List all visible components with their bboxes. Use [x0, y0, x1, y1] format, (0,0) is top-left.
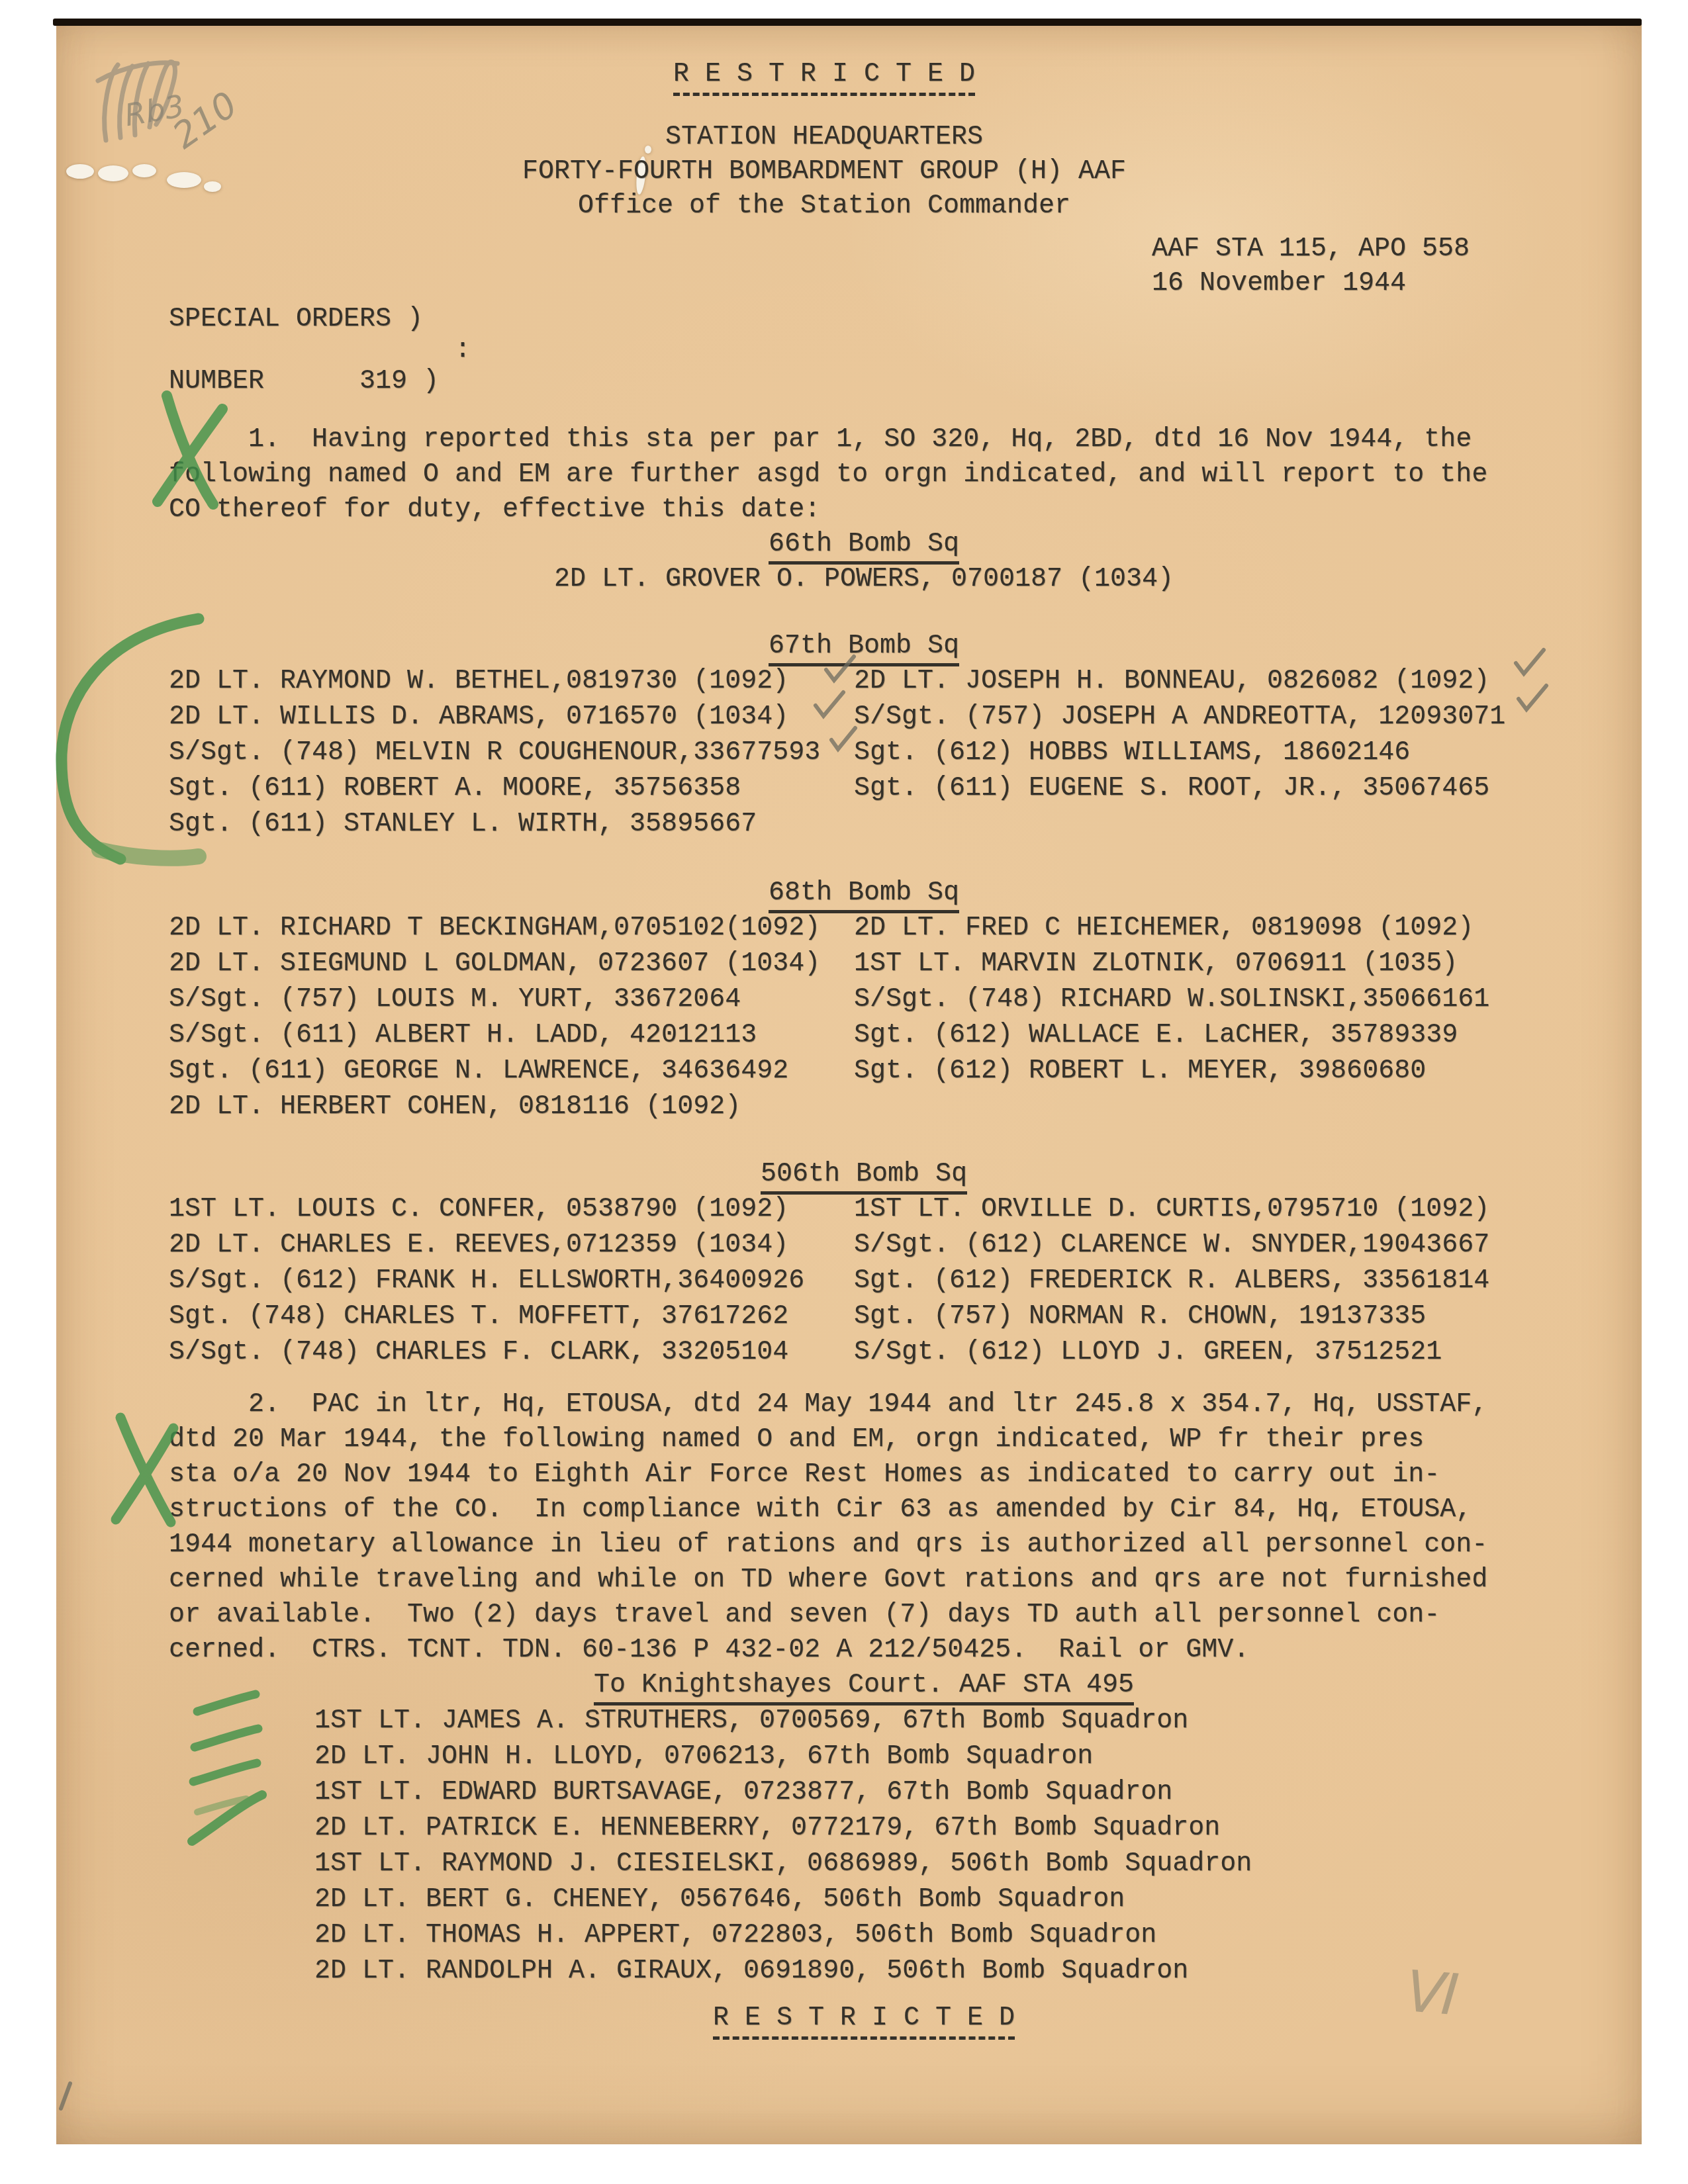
roster-row: 2D LT. SIEGMUND L GOLDMAN, 0723607 (1034…	[169, 948, 1458, 981]
roster-entry: 2D LT. JOSEPH H. BONNEAU, 0826082 (1092)	[854, 666, 1489, 696]
roster-entry: S/Sgt. (748) MELVIN R COUGHENOUR,3367759…	[169, 737, 854, 770]
roster-row: S/Sgt. (748) MELVIN R COUGHENOUR,3367759…	[169, 737, 1410, 770]
rest-home-entry: 2D LT. JOHN H. LLOYD, 0706213, 67th Bomb…	[314, 1741, 1093, 1774]
roster-row: 2D LT. RICHARD T BECKINGHAM,0705102(1092…	[169, 912, 1474, 945]
paragraph-2-line: 1944 monetary allowance in lieu of ratio…	[169, 1529, 1487, 1562]
roster-row: S/Sgt. (757) LOUIS M. YURT, 33672064S/Sg…	[169, 983, 1489, 1017]
roster-entry: Sgt. (757) NORMAN R. CHOWN, 19137335	[854, 1302, 1426, 1332]
orders-label: SPECIAL ORDERS )	[169, 303, 423, 336]
roster-entry: 1ST LT. LOUIS C. CONFER, 0538790 (1092)	[169, 1193, 854, 1226]
roster-entry: 2D LT. RAYMOND W. BETHEL,0819730 (1092)	[169, 665, 854, 698]
roster-entry: S/Sgt. (748) RICHARD W.SOLINSKI,35066161	[854, 985, 1489, 1015]
roster-entry-powers: 2D LT. GROVER O. POWERS, 0700187 (1034)	[169, 563, 1559, 596]
rest-home-entry: 1ST LT. EDWARD BURTSAVAGE, 0723877, 67th…	[314, 1776, 1172, 1809]
org-line-2: FORTY-FOURTH BOMBARDMENT GROUP (H) AAF	[0, 156, 1648, 189]
classification-header-text: R E S T R I C T E D	[673, 60, 975, 96]
orders-colon: :	[169, 334, 471, 367]
paragraph-1-line: CO thereof for duty, effective this date…	[169, 494, 820, 527]
paragraph-1-line: 1. Having reported this sta per par 1, S…	[169, 424, 1472, 457]
paragraph-2-line: or available. Two (2) days travel and se…	[169, 1599, 1440, 1632]
roster-entry: Sgt. (612) WALLACE E. LaCHER, 35789339	[854, 1021, 1458, 1050]
org-line-1: STATION HEADQUARTERS	[0, 121, 1648, 154]
roster-entry: 2D LT. HERBERT COHEN, 0818116 (1092)	[169, 1091, 854, 1124]
roster-row: S/Sgt. (611) ALBERT H. LADD, 42012113Sgt…	[169, 1019, 1458, 1052]
roster-row: Sgt. (748) CHARLES T. MOFFETT, 37617262S…	[169, 1300, 1426, 1334]
roster-row: 2D LT. WILLIS D. ABRAMS, 0716570 (1034)S…	[169, 701, 1505, 734]
roster-entry: S/Sgt. (757) LOUIS M. YURT, 33672064	[169, 983, 854, 1017]
roster-entry: S/Sgt. (612) FRANK H. ELLSWORTH,36400926	[169, 1265, 854, 1298]
pencil-note-bottom-right: VI	[1403, 1958, 1458, 2028]
paragraph-2-line: cerned. CTRS. TCNT. TDN. 60-136 P 432-02…	[169, 1634, 1249, 1667]
roster-entry: Sgt. (612) FREDERICK R. ALBERS, 33561814	[854, 1266, 1489, 1296]
roster-row: S/Sgt. (748) CHARLES F. CLARK, 33205104S…	[169, 1336, 1442, 1369]
roster-entry: Sgt. (611) EUGENE S. ROOT, JR., 35067465	[854, 774, 1489, 803]
classification-header: R E S T R I C T E D	[0, 58, 1648, 91]
section-heading-text: 506th Bomb Sq	[761, 1160, 967, 1195]
roster-entry: 2D LT. CHARLES E. REEVES,0712359 (1034)	[169, 1229, 854, 1262]
rest-home-entry: 1ST LT. RAYMOND J. CIESIELSKI, 0686989, …	[314, 1848, 1252, 1881]
date-line: 16 November 1944	[1152, 267, 1406, 300]
roster-entry: Sgt. (611) STANLEY L. WIRTH, 35895667	[169, 808, 854, 841]
org-line-3: Office of the Station Commander	[0, 190, 1648, 223]
roster-entry: Sgt. (612) ROBERT L. MEYER, 39860680	[854, 1056, 1426, 1086]
roster-entry: Sgt. (612) HOBBS WILLIAMS, 18602146	[854, 738, 1410, 768]
roster-entry: S/Sgt. (612) CLARENCE W. SNYDER,19043667	[854, 1230, 1489, 1260]
roster-entry: 2D LT. RICHARD T BECKINGHAM,0705102(1092…	[169, 912, 854, 945]
section-heading-67th: 67th Bomb Sq	[169, 630, 1559, 663]
roster-row: 2D LT. RAYMOND W. BETHEL,0819730 (1092)2…	[169, 665, 1489, 698]
classification-footer: R E S T R I C T E D	[169, 2002, 1559, 2035]
section-heading-66th: 66th Bomb Sq	[169, 528, 1559, 561]
roster-entry: S/Sgt. (757) JOSEPH A ANDREOTTA, 1209307…	[854, 702, 1505, 732]
roster-entry: 2D LT. WILLIS D. ABRAMS, 0716570 (1034)	[169, 701, 854, 734]
roster-entry: S/Sgt. (748) CHARLES F. CLARK, 33205104	[169, 1336, 854, 1369]
roster-row: Sgt. (611) GEORGE N. LAWRENCE, 34636492S…	[169, 1055, 1426, 1088]
roster-row: 1ST LT. LOUIS C. CONFER, 0538790 (1092)1…	[169, 1193, 1489, 1226]
section-heading-506th: 506th Bomb Sq	[169, 1158, 1559, 1191]
paragraph-2-line: 2. PAC in ltr, Hq, ETOUSA, dtd 24 May 19…	[169, 1388, 1487, 1422]
roster-row: S/Sgt. (612) FRANK H. ELLSWORTH,36400926…	[169, 1265, 1489, 1298]
rest-home-entry: 2D LT. PATRICK E. HENNEBERRY, 0772179, 6…	[314, 1812, 1220, 1845]
roster-row: 2D LT. CHARLES E. REEVES,0712359 (1034)S…	[169, 1229, 1489, 1262]
rest-home-entry: 1ST LT. JAMES A. STRUTHERS, 0700569, 67t…	[314, 1705, 1188, 1738]
roster-entry: Sgt. (748) CHARLES T. MOFFETT, 37617262	[169, 1300, 854, 1334]
paragraph-2-line: structions of the CO. In compliance with…	[169, 1494, 1472, 1527]
paragraph-1-line: following named O and EM are further asg…	[169, 459, 1487, 492]
roster-entry: Sgt. (611) ROBERT A. MOORE, 35756358	[169, 772, 854, 805]
roster-row: 2D LT. HERBERT COHEN, 0818116 (1092)	[169, 1091, 854, 1124]
rest-home-entry: 2D LT. RANDOLPH A. GIRAUX, 0691890, 506t…	[314, 1955, 1188, 1988]
rest-home-entry: 2D LT. THOMAS H. APPERT, 0722803, 506th …	[314, 1919, 1156, 1952]
rest-home-heading-text: To Knightshayes Court. AAF STA 495	[594, 1670, 1134, 1706]
classification-footer-text: R E S T R I C T E D	[713, 2003, 1015, 2040]
scanned-document-page: R E S T R I C T E D STATION HEADQUARTERS…	[0, 0, 1688, 2184]
roster-entry: 2D LT. FRED C HEICHEMER, 0819098 (1092)	[854, 913, 1474, 943]
scan-top-edge	[53, 19, 1642, 26]
roster-entry: S/Sgt. (611) ALBERT H. LADD, 42012113	[169, 1019, 854, 1052]
paragraph-2-line: dtd 20 Mar 1944, the following named O a…	[169, 1424, 1424, 1457]
paragraph-2-line: cerned while traveling and while on TD w…	[169, 1564, 1487, 1597]
orders-number: NUMBER 319 )	[169, 365, 439, 398]
rest-home-entry: 2D LT. BERT G. CHENEY, 0567646, 506th Bo…	[314, 1884, 1125, 1917]
roster-entry: Sgt. (611) GEORGE N. LAWRENCE, 34636492	[169, 1055, 854, 1088]
roster-entry: 1ST LT. ORVILLE D. CURTIS,0795710 (1092)	[854, 1195, 1489, 1224]
rest-home-heading: To Knightshayes Court. AAF STA 495	[169, 1669, 1559, 1702]
section-heading-text: 66th Bomb Sq	[769, 529, 959, 565]
section-heading-68th: 68th Bomb Sq	[169, 877, 1559, 910]
roster-row: Sgt. (611) ROBERT A. MOORE, 35756358Sgt.…	[169, 772, 1489, 805]
roster-row: Sgt. (611) STANLEY L. WIRTH, 35895667	[169, 808, 854, 841]
roster-entry: 2D LT. SIEGMUND L GOLDMAN, 0723607 (1034…	[169, 948, 854, 981]
section-heading-text: 67th Bomb Sq	[769, 631, 959, 666]
station-line: AAF STA 115, APO 558	[1152, 233, 1470, 266]
section-heading-text: 68th Bomb Sq	[769, 878, 959, 913]
roster-entry: 1ST LT. MARVIN ZLOTNIK, 0706911 (1035)	[854, 949, 1458, 979]
paragraph-2-line: sta o/a 20 Nov 1944 to Eighth Air Force …	[169, 1459, 1440, 1492]
roster-entry: S/Sgt. (612) LLOYD J. GREEN, 37512521	[854, 1338, 1442, 1367]
